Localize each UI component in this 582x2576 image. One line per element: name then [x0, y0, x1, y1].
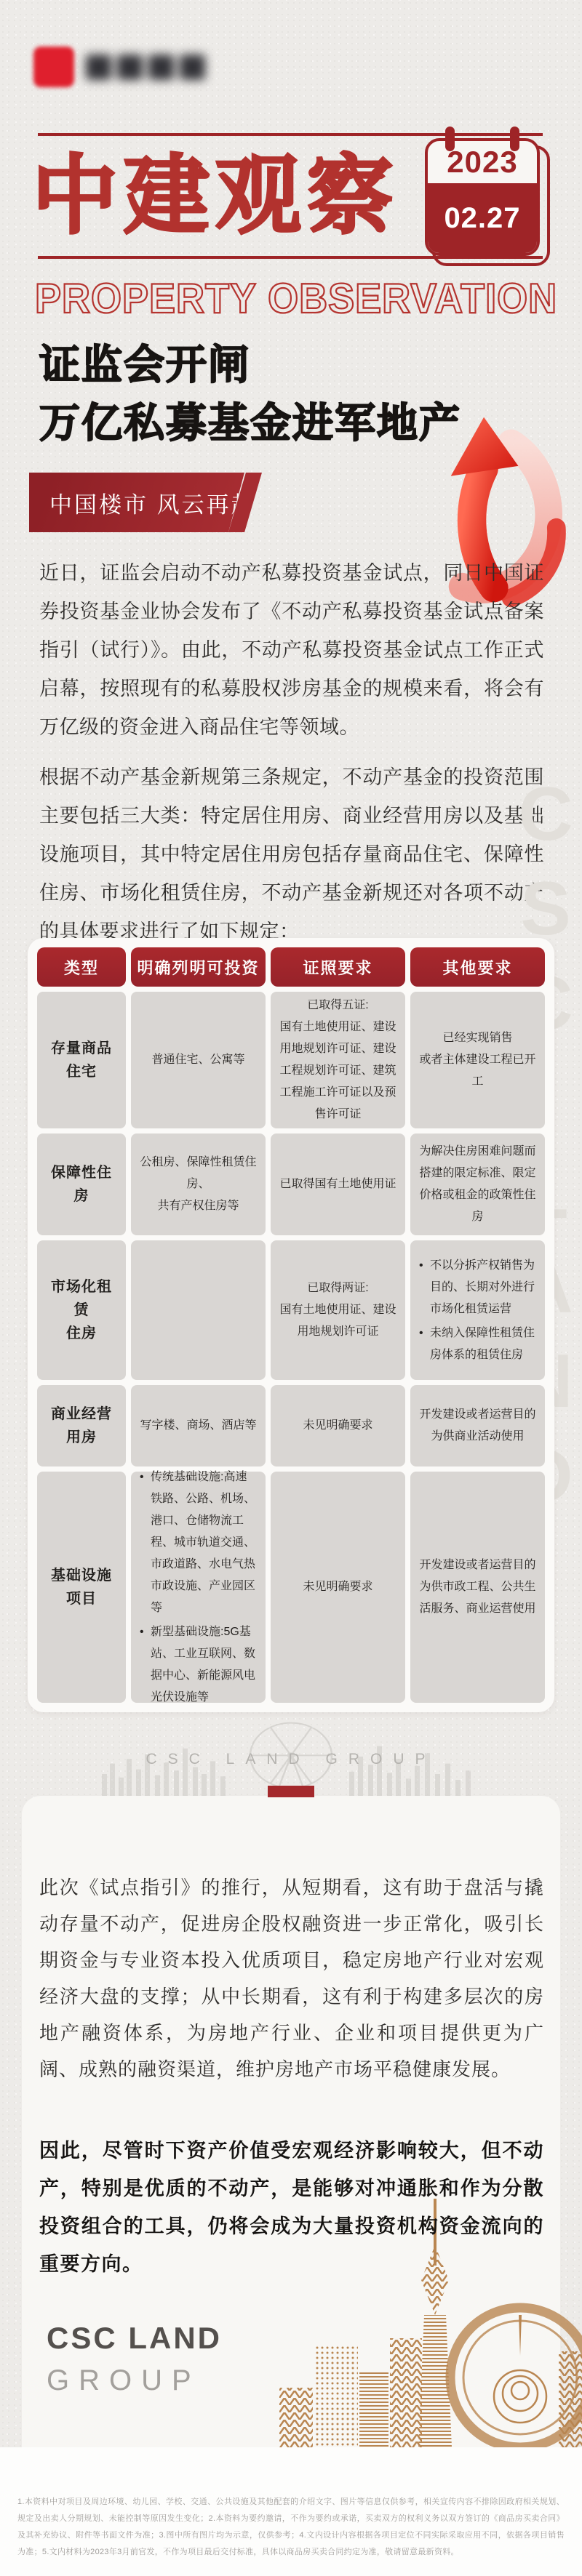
list-item: 新型基础设施:5G基站、工业互联网、数据中心、新能源风电光伏设施等: [140, 1621, 257, 1709]
table-cell-other: 开发建设或者运营目的为供市政工程、公共生活服务、商业运营使用: [410, 1472, 545, 1703]
table-cell-license: 未见明确要求: [271, 1472, 405, 1703]
table-cell-type: 市场化租赁 住房: [37, 1240, 126, 1380]
table-cell-other: 不以分拆产权销售为目的、长期对外进行市场化租赁运营 未纳入保障性租赁住房体系的租…: [410, 1240, 545, 1380]
regulation-table: 类型 明确列明可投资 证照要求 其他要求 存量商品 住宅 普通住宅、公寓等 已取…: [37, 947, 545, 1703]
headline-line1: 证监会开闸: [39, 336, 461, 394]
calendar-body: 2023 02.27: [425, 138, 540, 256]
calendar-ring-icon: [445, 127, 455, 151]
list-item: 未纳入保障性租赁住房体系的租赁住房: [419, 1323, 536, 1366]
table-cell-license: 已取得五证: 国有土地使用证、建设用地规划许可证、建设工程规划许可证、建筑工程施…: [271, 992, 405, 1128]
bullet-list: 传统基础设施:高速铁路、公路、机场、港口、仓储物流工程、城市轨道交通、市政道路、…: [140, 1464, 257, 1711]
article-paragraph-1: 近日，证监会启动不动产私募投资基金试点，同日中国证券投资基金业协会发布了《不动产…: [39, 554, 544, 747]
brand-name-sub: GROUP: [47, 2364, 222, 2397]
table-header-invest: 明确列明可投资: [131, 947, 266, 987]
table-cell-other: 已经实现销售 或者主体建设工程已开工: [410, 992, 545, 1128]
calendar-icon: 2023 02.27: [425, 138, 540, 256]
calendar-date: 02.27: [428, 183, 537, 253]
table-cell-other: 开发建设或者运营目的为供商业活动使用: [410, 1385, 545, 1466]
table-cell-type: 基础设施 项目: [37, 1472, 126, 1703]
list-item: 不以分拆产权销售为目的、长期对外进行市场化租赁运营: [419, 1255, 536, 1320]
calendar-year: 2023: [428, 141, 537, 183]
table-cell-invest: 传统基础设施:高速铁路、公路、机场、港口、仓储物流工程、城市轨道交通、市政道路、…: [131, 1472, 266, 1703]
article-paragraph-4: 因此，尽管时下资产价值受宏观经济影响较大，但不动产，特别是优质的不动产，是能够对…: [39, 2132, 544, 2283]
table-cell-type: 商业经营 用房: [37, 1385, 126, 1466]
table-cell-invest-empty: [131, 1240, 266, 1380]
table-cell-invest: 公租房、保障性租赁住房、 共有产权住房等: [131, 1133, 266, 1235]
table-cell-type: 保障性住房: [37, 1133, 126, 1235]
list-item: 传统基础设施:高速铁路、公路、机场、港口、仓储物流工程、城市轨道交通、市政道路、…: [140, 1466, 257, 1619]
table-cell-invest: 普通住宅、公寓等: [131, 992, 266, 1128]
table-cell-license: 已取得国有土地使用证: [271, 1133, 405, 1235]
headline-line2: 万亿私募基金进军地产: [39, 394, 461, 452]
table-header-type: 类型: [37, 947, 126, 987]
blurred-brand-logo: [33, 47, 205, 87]
table-cell-license: 未见明确要求: [271, 1385, 405, 1466]
brand-name: CSC LAND: [47, 2321, 222, 2356]
page-title: 中建观察: [32, 145, 399, 247]
center-watermark: CSC LAND GROUP: [0, 1751, 582, 1768]
disclaimer-text: 1.本资料中对项目及周边环境、幼儿园、学校、交通、公共设施及其他配套的介绍文字、…: [17, 2494, 565, 2561]
title-rule-top: [38, 133, 543, 136]
bullet-list: 不以分拆产权销售为目的、长期对外进行市场化租赁运营 未纳入保障性租赁住房体系的租…: [419, 1253, 536, 1368]
brand-logo-mark-icon: [33, 47, 74, 87]
brand-block: CSC LAND GROUP: [47, 2321, 222, 2397]
disclaimer-strip: 1.本资料中对项目及周边环境、幼儿园、学校、交通、公共设施及其他配套的介绍文字、…: [0, 2447, 582, 2576]
table-cell-license: 已取得两证: 国有土地使用证、建设用地规划许可证: [271, 1240, 405, 1380]
section-divider: [268, 1786, 314, 1797]
article-paragraph-3: 此次《试点指引》的推行，从短期看，这有助于盘活与撬动存量不动产，促进房企股权融资…: [39, 1869, 544, 2087]
title-rule-bottom: [38, 256, 543, 259]
table-cell-other: 为解决住房困难问题而搭建的限定标准、限定价格或租金的政策性住房: [410, 1133, 545, 1235]
page-subtitle: PROPERTY OBSERVATION: [35, 275, 557, 323]
table-cell-invest: 写字楼、商场、酒店等: [131, 1385, 266, 1466]
table-cell-type: 存量商品 住宅: [37, 992, 126, 1128]
table-header-license: 证照要求: [271, 947, 405, 987]
table-header-other: 其他要求: [410, 947, 545, 987]
tagline-text: 中国楼市 风云再起: [49, 486, 256, 519]
article-paragraph-2: 根据不动产基金新规第三条规定，不动产基金的投资范围主要包括三大类：特定居住用房、…: [39, 758, 544, 951]
calendar-ring-icon: [510, 127, 519, 151]
regulation-table-card: 类型 明确列明可投资 证照要求 其他要求 存量商品 住宅 普通住宅、公寓等 已取…: [28, 938, 554, 1712]
headline: 证监会开闸 万亿私募基金进军地产: [39, 336, 461, 452]
poster-page: 中建观察 2023 02.27 PROPERTY OBSERVATION 证监会…: [0, 0, 582, 2576]
tagline-banner: 中国楼市 风云再起: [29, 473, 244, 532]
blurred-brand-name: [86, 55, 205, 80]
